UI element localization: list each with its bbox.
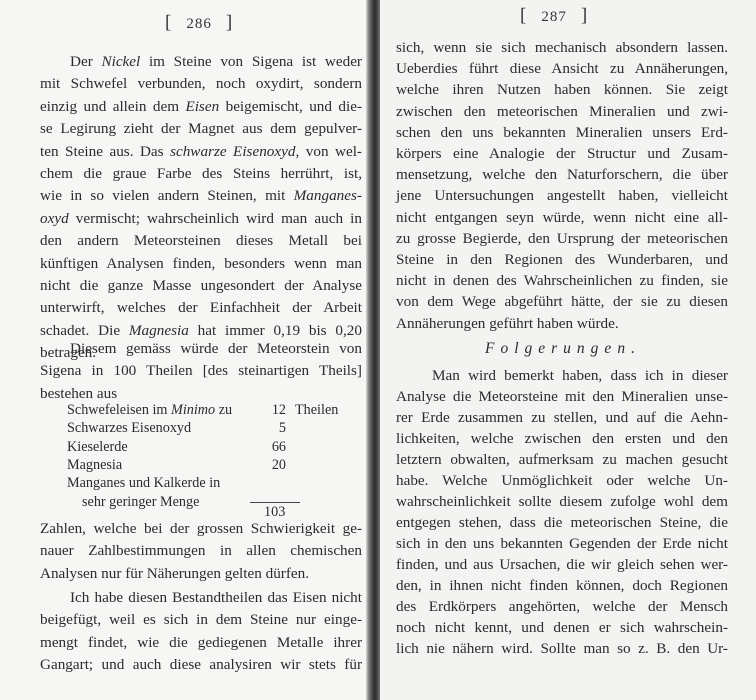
text-line: entgegen stehen, dass die meteorischen S… xyxy=(396,514,728,532)
text-line: unterwirft, welches der Einfachheit der … xyxy=(40,299,362,317)
text-line: Ueberdies führt diese Ansicht zu Annäher… xyxy=(396,60,728,78)
table-total: 103 xyxy=(264,503,285,521)
text-line: Annäherungen geführt haben würde. xyxy=(396,315,728,333)
text-line: von dem Wege abgeführt hätte, der sie zu… xyxy=(396,293,728,311)
text-line: Ich habe diesen Bestandtheilen das Eisen… xyxy=(70,589,362,607)
text-line: mit Schwefel verbunden, noch oxydirt, so… xyxy=(40,75,362,93)
text-line: Gangart; und auch diese analysiren wir s… xyxy=(40,656,362,674)
text-line: künftigen Analysen finden, besonders wen… xyxy=(40,255,362,273)
text-line: Zahlen, welche bei der grossen Schwierig… xyxy=(40,520,362,538)
text-line: den, in ihnen nicht finden können, doch … xyxy=(396,577,728,595)
table-row-label: Manganes und Kalkerde in xyxy=(67,474,220,492)
text-line: Der Nickel im Steine von Sigena ist wede… xyxy=(70,53,362,71)
italic-term: Magnesia xyxy=(129,322,189,339)
text-line: sich, wenn sie sich mechanisch absondern… xyxy=(396,39,728,57)
left-page: [286] Der Nickel im Steine von Sigena is… xyxy=(0,0,370,700)
text-line: welche ihren Nutzen haben können. Sie ze… xyxy=(396,81,728,99)
table-row-label: Kieselerde xyxy=(67,438,128,456)
text-line: wahrscheinlichkeit sollte diesem zufolge… xyxy=(396,493,728,511)
text-line: lichkeiten, welche zwischen den ersten u… xyxy=(396,430,728,448)
text-line: Analysen nur für Näherungen gelten dürfe… xyxy=(40,565,362,583)
text-line: nicht entgangen seyn würde, wenn nicht e… xyxy=(396,209,728,227)
text-line: oxyd vermischt; wahrscheinlich wird man … xyxy=(40,210,362,228)
table-row-value: 5 xyxy=(256,419,286,437)
italic-term: Nickel xyxy=(101,53,140,70)
text-line: noch nicht kennt, und denen er sich wahr… xyxy=(396,619,728,637)
table-row-value: 66 xyxy=(256,438,286,456)
text-line: se Legirung zieht der Magnet aus dem gep… xyxy=(40,120,362,138)
italic-term: Eisen xyxy=(185,98,219,115)
text-line: des Erdkörpers angehörten, welche der Me… xyxy=(396,598,728,616)
text-line: Man wird bemerkt haben, dass ich in dies… xyxy=(432,367,728,385)
text-line: Diesem gemäss würde der Meteorstein von xyxy=(70,340,362,358)
table-row-label: sehr geringer Menge xyxy=(82,493,199,511)
right-page-number: [287] xyxy=(520,5,588,27)
table-row-label: Magnesia xyxy=(67,456,122,474)
text-line: zu grosse Begierde, den Ursprung der met… xyxy=(396,230,728,248)
text-line: Analyse die Meteorsteine mit den Mineral… xyxy=(396,388,728,406)
text-line: Steine in den Regionen des Wunderbaren, … xyxy=(396,251,728,269)
left-page-number: [286] xyxy=(165,12,233,34)
text-line: jene Untersuchungen angestellt haben, vi… xyxy=(396,187,728,205)
text-line: mensetzung, welche den Naturforschern, d… xyxy=(396,166,728,184)
book-spread: [286] Der Nickel im Steine von Sigena is… xyxy=(0,0,756,700)
text-line: rer Erde zusammen zu stellen, und auf di… xyxy=(396,409,728,427)
text-line: wie in so vielen andern Steinen, mit Man… xyxy=(40,187,362,205)
table-row-unit: Theilen xyxy=(295,401,338,419)
text-line: lich nie nähern wird. Sollte man so z. B… xyxy=(396,640,728,658)
table-row-value: 12 xyxy=(256,401,286,419)
text-line: sich in den uns bekannten Gegenden der E… xyxy=(396,535,728,553)
text-line: Sigena in 100 Theilen [des steinartigen … xyxy=(40,362,362,380)
text-line: zwischen den meteorischen Mineralien und… xyxy=(396,103,728,121)
text-line: chem die graue Farbe des Steins herrührt… xyxy=(40,165,362,183)
text-line: körpers eine Analogie der Structur und Z… xyxy=(396,145,728,163)
table-row-label: Schwefeleisen im Minimo zu xyxy=(67,401,232,419)
text-line: schadet. Die Magnesia hat immer 0,19 bis… xyxy=(40,322,362,340)
italic-term: oxyd xyxy=(40,210,69,227)
text-line: mengt findet, wie die gediegenen Metalle… xyxy=(40,634,362,652)
italic-term: Manganes- xyxy=(294,187,362,204)
italic-term: schwarze Eisenoxyd, xyxy=(170,143,299,160)
text-line: schen den uns bekannten Mineralien unser… xyxy=(396,124,728,142)
text-line: beigefügt, weil es sich in dem Steine nu… xyxy=(40,611,362,629)
text-line: letztern obwalten, aufmerksam zu machen … xyxy=(396,451,728,469)
text-line: habe. Welche Unmöglichkeit oder welche U… xyxy=(396,472,728,490)
text-line: nicht in denen des Wahrscheinlichen zu f… xyxy=(396,272,728,290)
right-page: [287] sich, wenn sie sich mechanisch abs… xyxy=(380,0,756,700)
section-heading: Folgerungen. xyxy=(485,340,641,358)
text-line: ten Steine aus. Das schwarze Eisenoxyd, … xyxy=(40,143,362,161)
page-number-value: 286 xyxy=(186,16,212,32)
text-line: nicht die ganze Masse ungesondert der An… xyxy=(40,277,362,295)
page-number-value: 287 xyxy=(541,9,567,25)
text-line: den andern Meteorsteinen dieses Metall b… xyxy=(40,232,362,250)
text-line: nauer Zahlbestimmungen in allen chemisch… xyxy=(40,542,362,560)
text-line: einzig und allein dem Eisen beigemischt,… xyxy=(40,98,362,116)
table-row-value: 20 xyxy=(256,456,286,474)
table-row-label: Schwarzes Eisenoxyd xyxy=(67,419,191,437)
text-line: finden, und aus Ursachen, die wir gleich… xyxy=(396,556,728,574)
